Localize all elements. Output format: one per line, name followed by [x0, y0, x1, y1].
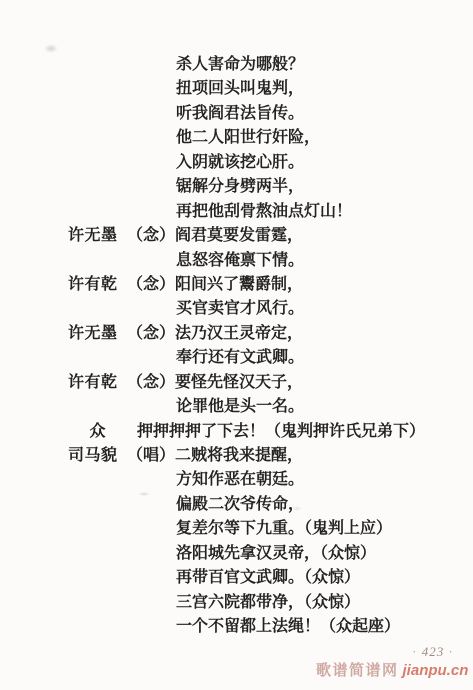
- page-number-value: 423: [422, 644, 445, 659]
- speaker-name: [68, 126, 127, 150]
- line-text: 扭项回头叫鬼判，: [127, 77, 304, 101]
- line-text: 再把他刮骨熬油点灯山！: [127, 200, 352, 224]
- line-text: 再带百官文武卿。（众惊）: [127, 566, 360, 590]
- speaker-name: 众: [68, 420, 127, 444]
- script-line: 他二人阳世行奸险，: [68, 126, 425, 150]
- speaker-name: [68, 542, 127, 566]
- speaker-name: [68, 615, 127, 639]
- speaker-name: 许有乾: [68, 371, 127, 395]
- speaker-name: 司马貌: [68, 444, 127, 468]
- line-text: 一个不留都上法绳！（众起座）: [127, 615, 400, 639]
- scanned-book-page: 杀人害命为哪般？ 扭项回头叫鬼判， 听我阎君法旨传。 他二人阳世行奸险， 入阴就…: [0, 0, 473, 690]
- script-line: 洛阳城先拿汉灵帝，（众惊）: [68, 542, 425, 566]
- line-text: 三宫六院都带净，（众惊）: [127, 591, 360, 615]
- speaker-name: [68, 468, 127, 492]
- line-text: 偏殿二次爷传命，: [127, 493, 304, 517]
- speaker-name: [68, 517, 127, 541]
- script-line: 一个不留都上法绳！（众起座）: [68, 615, 425, 639]
- script-line: 再带百官文武卿。（众惊）: [68, 566, 425, 590]
- speaker-name: [68, 346, 127, 370]
- speaker-name: [68, 566, 127, 590]
- speaker-name: 许有乾: [68, 273, 127, 297]
- line-text: 杀人害命为哪般？: [127, 53, 304, 77]
- script-line: 论罪他是头一名。: [68, 395, 425, 419]
- script-line: 众押押押押了下去！（鬼判押许氏兄弟下）: [68, 420, 425, 444]
- line-text: 洛阳城先拿汉灵帝，（众惊）: [127, 542, 376, 566]
- speaker-name: [68, 493, 127, 517]
- script-line: 许无墨（念）法乃汉王灵帝定，: [68, 322, 425, 346]
- script-line: 锯解分身劈两半，: [68, 175, 425, 199]
- speaker-name: [68, 200, 127, 224]
- script-line: 扭项回头叫鬼判，: [68, 77, 425, 101]
- line-text: （念）法乃汉王灵帝定，: [127, 322, 303, 346]
- line-text: （念）阳间兴了鬻爵制，: [127, 273, 303, 297]
- line-text: 听我阎君法旨传。: [127, 102, 304, 126]
- speaker-name: [68, 395, 127, 419]
- script-line: 买官卖官才风行。: [68, 297, 425, 321]
- line-text: 复差尔等下九重。（鬼判上应）: [127, 517, 392, 541]
- script-line: 入阴就该挖心肝。: [68, 151, 425, 175]
- line-text: 息怒容俺禀下情。: [127, 249, 304, 273]
- page-number-right-dot: ·: [449, 644, 454, 659]
- page-number-left-dot: ·: [412, 644, 417, 659]
- script-line: 息怒容俺禀下情。: [68, 249, 425, 273]
- line-text: （唱）二贼将我来提醒，: [127, 444, 303, 468]
- script-line: 再把他刮骨熬油点灯山！: [68, 200, 425, 224]
- script-line: 方知作恶在朝廷。: [68, 468, 425, 492]
- line-text: 押押押押了下去！（鬼判押许氏兄弟下）: [127, 420, 425, 444]
- line-text: 他二人阳世行奸险，: [127, 126, 320, 150]
- speaker-name: [68, 249, 127, 273]
- page-number: · 423 ·: [396, 644, 470, 660]
- speaker-name: [68, 53, 127, 77]
- watermark-site-name: 歌谱简谱网: [316, 663, 399, 679]
- line-text: 奉行还有文武卿。: [127, 346, 304, 370]
- speaker-name: 许无墨: [68, 322, 127, 346]
- script-text-block: 杀人害命为哪般？ 扭项回头叫鬼判， 听我阎君法旨传。 他二人阳世行奸险， 入阴就…: [68, 53, 425, 640]
- speaker-name: [68, 151, 127, 175]
- script-line: 许有乾（念）要怪先怪汉天子，: [68, 371, 425, 395]
- line-text: （念）要怪先怪汉天子，: [127, 371, 303, 395]
- line-text: （念）阎君莫要发雷霆，: [127, 224, 303, 248]
- line-text: 锯解分身劈两半，: [127, 175, 304, 199]
- speaker-name: [68, 77, 127, 101]
- paper-smudge: [44, 44, 58, 53]
- watermark: 歌谱简谱网jianpu.cn: [316, 661, 468, 681]
- script-line: 司马貌（唱）二贼将我来提醒，: [68, 444, 425, 468]
- script-line: 偏殿二次爷传命，: [68, 493, 425, 517]
- script-line: 奉行还有文武卿。: [68, 346, 425, 370]
- speaker-name: [68, 175, 127, 199]
- line-text: 方知作恶在朝廷。: [127, 468, 304, 492]
- speaker-name: [68, 102, 127, 126]
- line-text: 买官卖官才风行。: [127, 297, 304, 321]
- script-line: 听我阎君法旨传。: [68, 102, 425, 126]
- script-line: 杀人害命为哪般？: [68, 53, 425, 77]
- line-text: 入阴就该挖心肝。: [127, 151, 304, 175]
- script-line: 复差尔等下九重。（鬼判上应）: [68, 517, 425, 541]
- speaker-name: 许无墨: [68, 224, 127, 248]
- script-line: 许有乾（念）阳间兴了鬻爵制，: [68, 273, 425, 297]
- speaker-name: [68, 591, 127, 615]
- script-line: 许无墨（念）阎君莫要发雷霆，: [68, 224, 425, 248]
- watermark-site-url: jianpu.cn: [399, 662, 469, 679]
- line-text: 论罪他是头一名。: [127, 395, 304, 419]
- script-line: 三宫六院都带净，（众惊）: [68, 591, 425, 615]
- speaker-name: [68, 297, 127, 321]
